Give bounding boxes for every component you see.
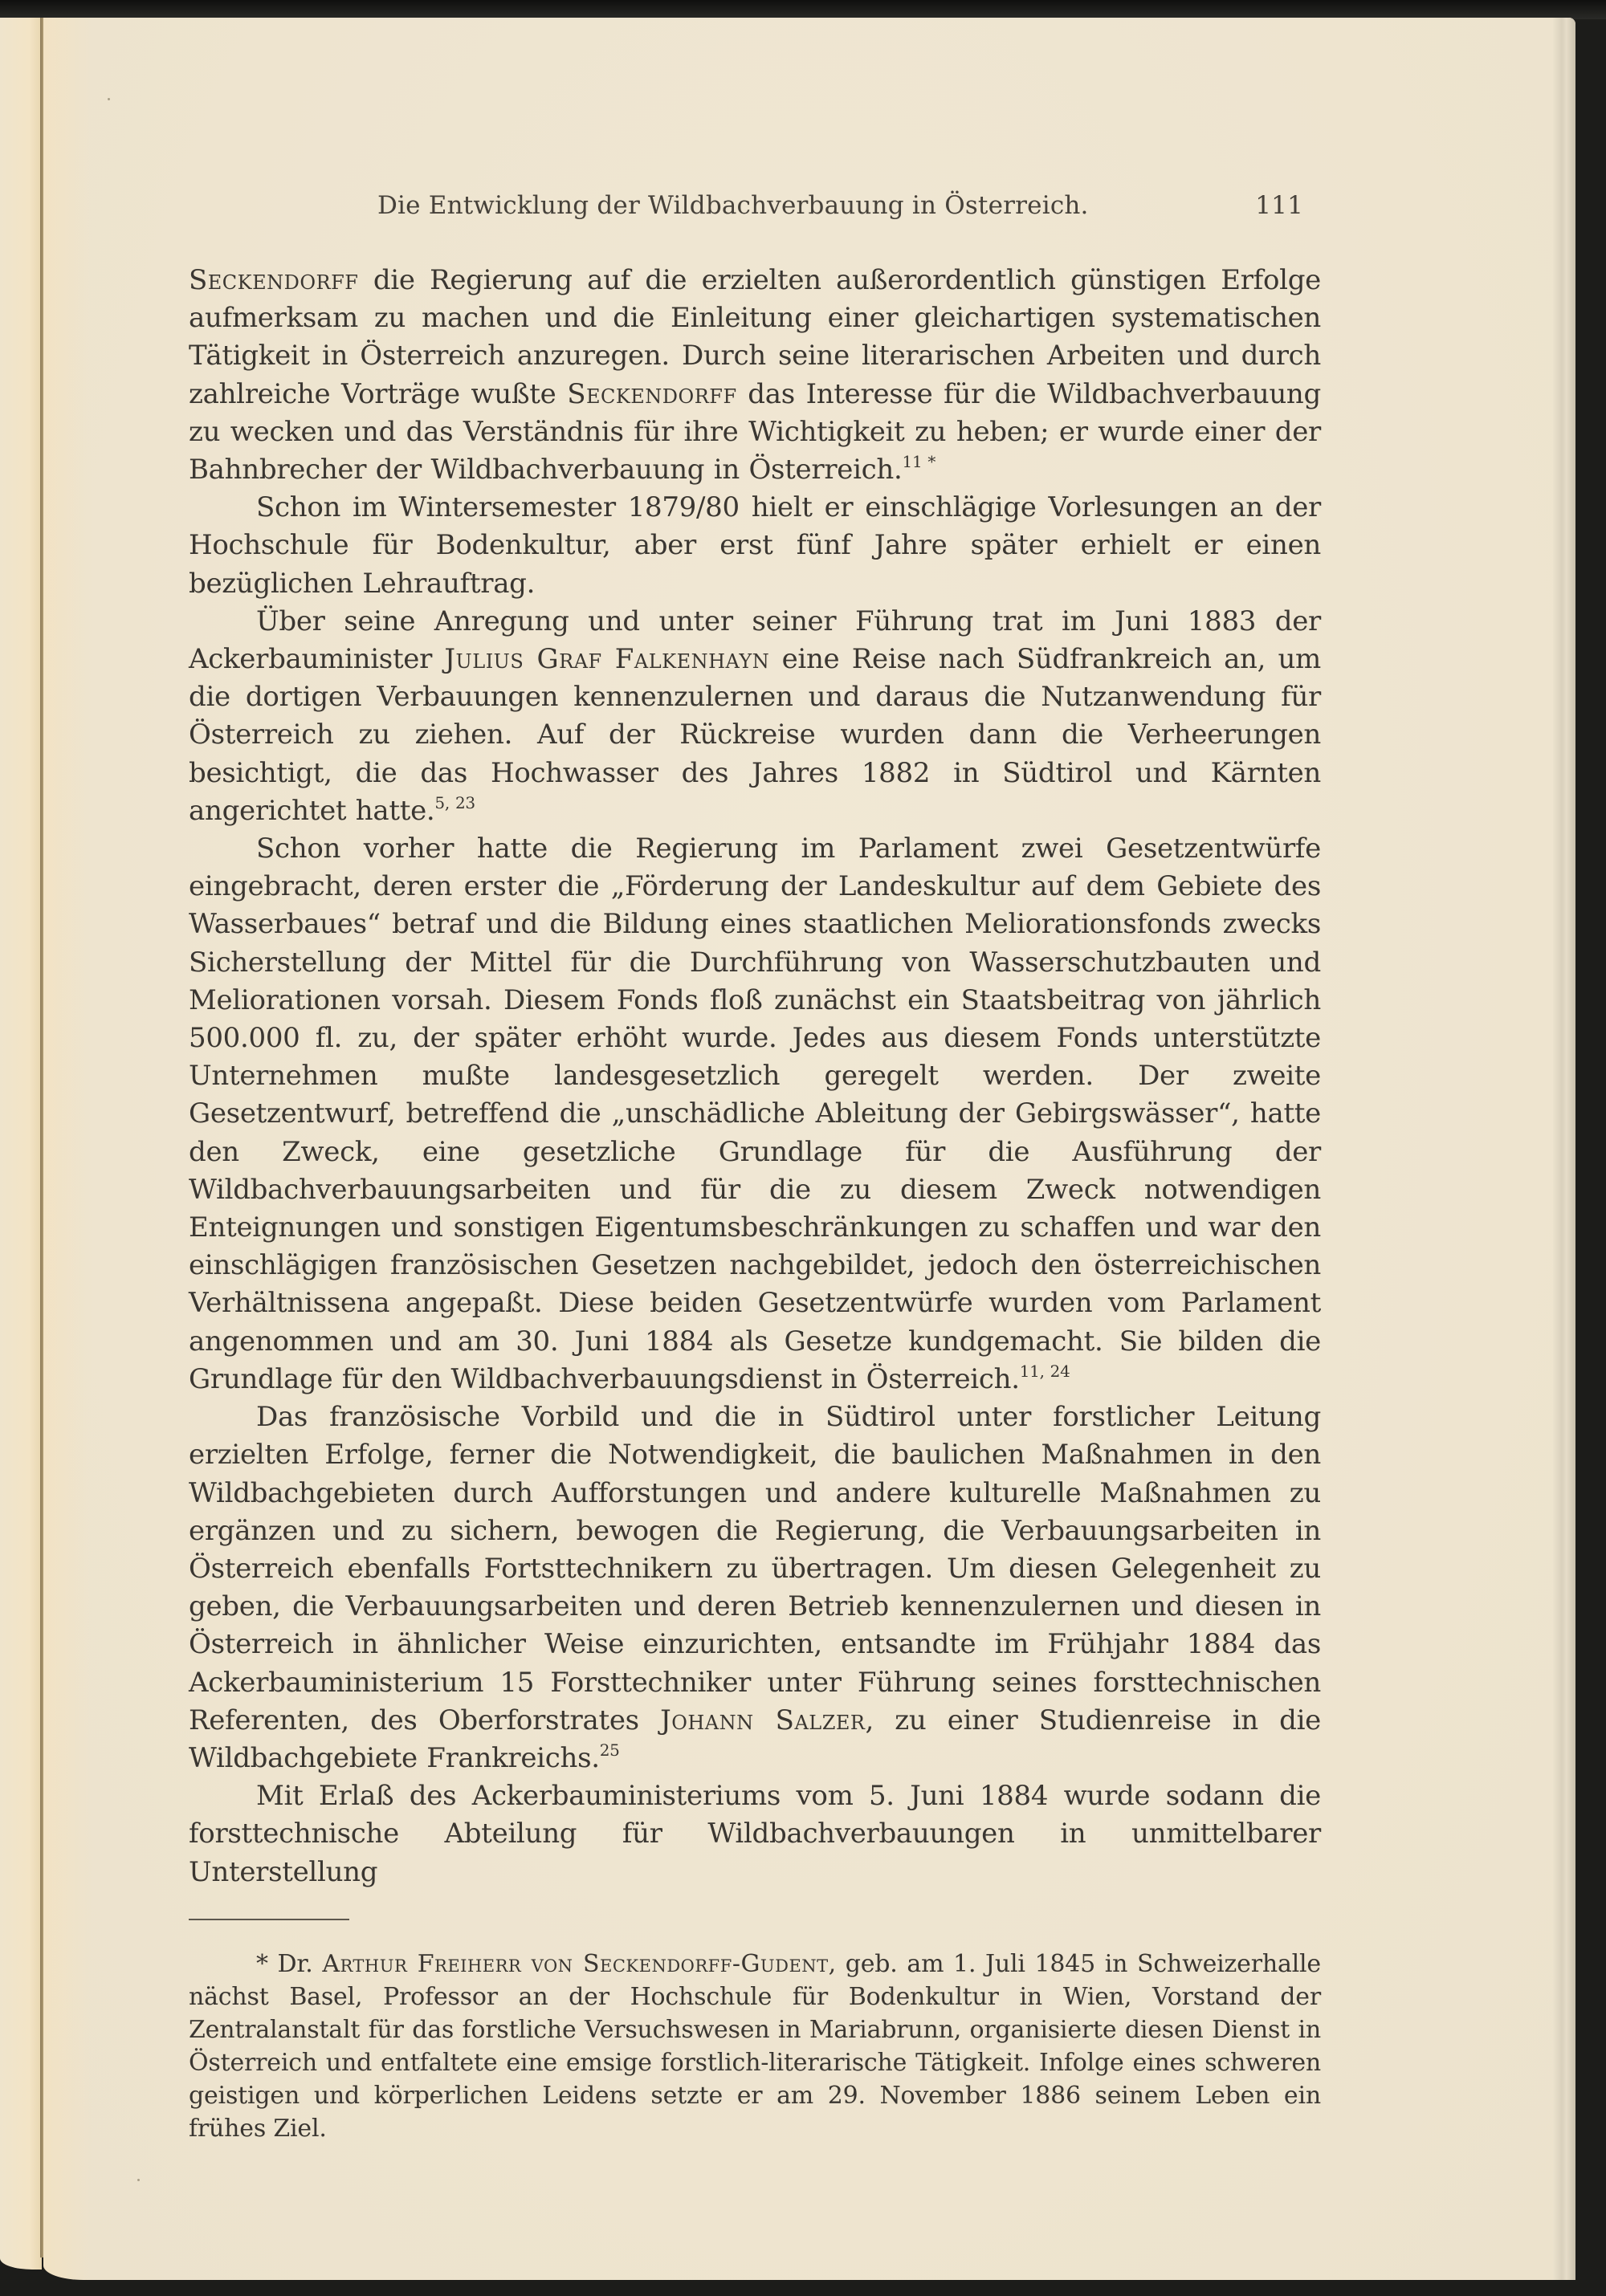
previous-page-edge (0, 18, 42, 2270)
person-name: Arthur Freiherr von Seckendorff-Gudent (322, 1950, 828, 1978)
paragraph: Mit Erlaß des Ackerbauministeriums vom 5… (189, 1777, 1321, 1891)
footnote: * Dr. Arthur Freiherr von Seckendorff-Gu… (189, 1948, 1321, 2145)
reference-marker: 11, 24 (1020, 1362, 1070, 1381)
page-fore-edge (1553, 18, 1575, 2280)
text-run: Das französische Vorbild und die in Südt… (189, 1401, 1321, 1736)
text-run: , geb. am 1. Juli 1845 in Schweizerhalle… (189, 1950, 1321, 2143)
footnotes: * Dr. Arthur Freiherr von Seckendorff-Gu… (189, 1948, 1321, 2145)
text-run: Schon im Wintersemester 1879/80 hielt er… (189, 491, 1321, 599)
paper-speck (108, 98, 110, 100)
reference-marker: 11 * (903, 452, 936, 471)
text-run: * Dr. (256, 1950, 322, 1978)
body-text: Seckendorff die Regierung auf die erziel… (189, 262, 1321, 1891)
person-name: Seckendorff (189, 264, 358, 296)
running-head: Die Entwicklung der Wildbachverbauung in… (377, 191, 1303, 220)
paragraph: Seckendorff die Regierung auf die erziel… (189, 262, 1321, 489)
text-run: Schon vorher hatte die Regierung im Parl… (189, 833, 1321, 1395)
footnote-separator (189, 1919, 349, 1920)
person-name: Julius Graf Falkenhayn (444, 643, 769, 675)
person-name: Johann Salzer (660, 1704, 865, 1736)
paragraph: Über seine Anregung und unter seiner Füh… (189, 603, 1321, 830)
scanner-background-top (0, 0, 1606, 19)
paragraph: Schon vorher hatte die Regierung im Parl… (189, 830, 1321, 1398)
paragraph: Das französische Vorbild und die in Südt… (189, 1398, 1321, 1777)
text-run: Mit Erlaß des Ackerbauministeriums vom 5… (189, 1780, 1321, 1887)
paragraph: Schon im Wintersemester 1879/80 hielt er… (189, 489, 1321, 603)
page-number: 111 (1255, 191, 1303, 220)
reference-marker: 5, 23 (434, 793, 475, 812)
scanned-book-page: Die Entwicklung der Wildbachverbauung in… (0, 0, 1606, 2296)
running-head-title: Die Entwicklung der Wildbachverbauung in… (377, 191, 1089, 220)
person-name: Seckendorff (567, 378, 736, 410)
page-content: Die Entwicklung der Wildbachverbauung in… (189, 191, 1321, 2145)
reference-marker: 25 (600, 1740, 620, 1760)
paper-speck (137, 2179, 140, 2181)
